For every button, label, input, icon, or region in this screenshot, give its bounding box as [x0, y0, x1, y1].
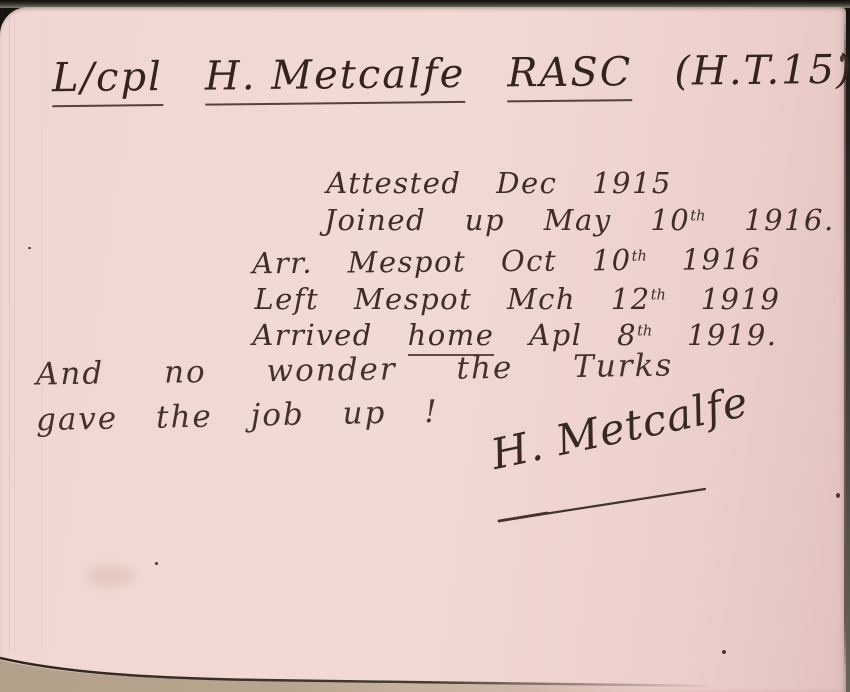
page-bottom-edge — [0, 652, 846, 692]
signature-flourish — [485, 469, 735, 539]
ink-speck — [28, 247, 31, 249]
page-crease — [9, 17, 10, 652]
ink-speck — [836, 493, 840, 498]
heading-line: L/cpl H. Metcalfe RASC (H.T.15) — [52, 47, 850, 107]
heading-corps: RASC — [507, 49, 633, 102]
remark-line-2: gave the job up ! — [36, 395, 439, 439]
page-smudge — [88, 565, 134, 587]
record-superscript: th — [637, 324, 652, 340]
heading-rank: L/cpl — [52, 54, 163, 107]
album-page: L/cpl H. Metcalfe RASC (H.T.15) Attested… — [0, 7, 846, 692]
remark-line-1: And no wonder the Turks — [36, 349, 674, 394]
page-crease — [14, 17, 15, 652]
ink-speck — [155, 562, 158, 565]
page-right-edge-line — [844, 13, 846, 674]
page-crease — [42, 17, 43, 652]
heading-unit: (H.T.15) — [674, 47, 850, 95]
album-photo: L/cpl H. Metcalfe RASC (H.T.15) Attested… — [0, 0, 850, 692]
heading-name: H. Metcalfe — [205, 51, 466, 106]
record-text: Apl 8 — [494, 318, 637, 352]
record-text: Arrived — [252, 318, 407, 352]
signature: H. Metcalfe — [487, 378, 753, 480]
